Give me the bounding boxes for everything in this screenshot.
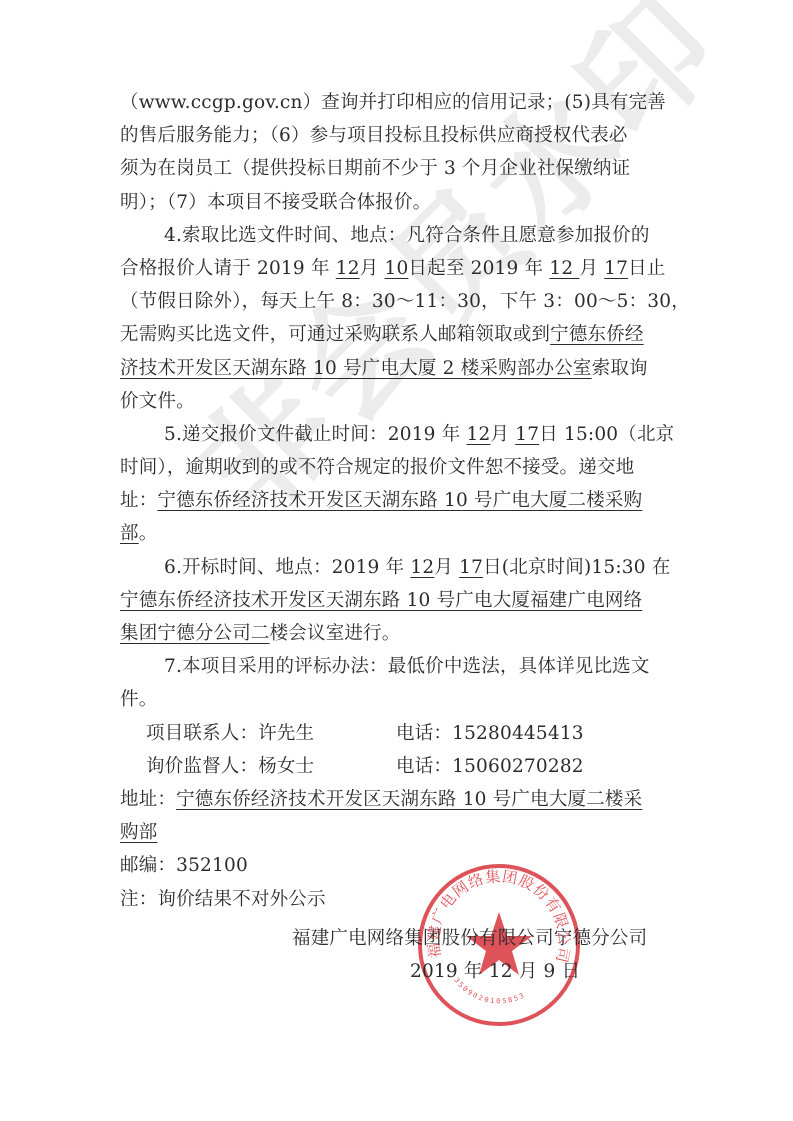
- address-label: 地址：: [120, 789, 176, 810]
- p3-line-4: 明）；（7）本项目不接受联合体报价。: [120, 186, 680, 219]
- document-body: （www.ccgp.gov.cn）查询并打印相应的信用记录；(5)具有完善 的售…: [120, 86, 680, 916]
- p7-line-1: 7.本项目采用的评标办法：最低价中选法，具体详见比选文: [120, 650, 680, 683]
- company-name: 福建广电网络集团股份有限公司宁德分公司: [292, 922, 692, 955]
- note: 注：询价结果不对外公示: [120, 883, 680, 916]
- p3-line-2: 的售后服务能力；（6）参与项目投标且投标供应商授权代表必: [120, 119, 680, 152]
- deadline-day: 17: [515, 424, 539, 445]
- p3-line-1: （www.ccgp.gov.cn）查询并打印相应的信用记录；(5)具有完善: [120, 86, 680, 119]
- pickup-address: 宁德东侨经: [550, 324, 644, 345]
- sign-date: 2019 年 12 月 9 日: [292, 955, 692, 988]
- text: 月: [490, 424, 515, 445]
- address-line-1: 地址：宁德东侨经济技术开发区天湖东路 10 号广电大厦二楼采: [120, 783, 680, 816]
- day-start: 10: [384, 258, 408, 279]
- text: 5.递交报价文件截止时间：2019 年: [164, 424, 467, 445]
- p7-line-2: 件。: [120, 683, 680, 716]
- contact-row-project: 项目联系人：许先生 电话：15280445413: [120, 717, 680, 750]
- text: 日起至 2019 年: [408, 258, 549, 279]
- text: 合格报价人请于 2019 年: [120, 258, 336, 279]
- p5-line-1: 5.递交报价文件截止时间：2019 年 12月 17日 15:00（北京: [120, 418, 680, 451]
- p4-line-4: 无需购买比选文件，可通过采购联系人邮箱领取或到宁德东侨经: [120, 318, 680, 351]
- text: 。: [139, 523, 158, 544]
- address-value: 宁德东侨经济技术开发区天湖东路 10 号广电大厦二楼采: [176, 789, 642, 810]
- text: 无需购买比选文件，可通过采购联系人邮箱领取或到: [120, 324, 550, 345]
- p6-line-2: 宁德东侨经济技术开发区天湖东路 10 号广电大厦福建广电网络: [120, 584, 680, 617]
- text: 索取询: [592, 358, 648, 379]
- signature-block: 福建广电网络集团股份有限公司宁德分公司 2019 年 12 月 9 日: [292, 922, 692, 988]
- contact-label: 询价监督人：杨女士: [120, 750, 396, 783]
- text: 月: [434, 557, 459, 578]
- p4-line-1: 4.索取比选文件时间、地点：凡符合条件且愿意参加报价的: [120, 219, 680, 252]
- contact-phone: 电话：15280445413: [396, 717, 584, 750]
- opening-day: 17: [459, 557, 483, 578]
- contact-row-supervisor: 询价监督人：杨女士 电话：15060270282: [120, 750, 680, 783]
- p4-line-2: 合格报价人请于 2019 年 12月 10日起至 2019 年 12 月 17日…: [120, 252, 680, 285]
- text: 址：: [120, 490, 157, 511]
- text: 月: [579, 258, 604, 279]
- text: 楼会议室进行。: [270, 623, 401, 644]
- pickup-address-cont: 济技术开发区天湖东路 10 号广电大厦 2 楼采购部办公室: [120, 358, 592, 379]
- text: 日 15:00（北京: [539, 424, 674, 445]
- p5-line-2: 时间），逾期收到的或不符合规定的报价文件恕不接受。递交地: [120, 451, 680, 484]
- submit-address-cont: 部: [120, 523, 139, 544]
- contact-label: 项目联系人：许先生: [120, 717, 396, 750]
- p4-line-3: （节假日除外），每天上午 8：30～11：30，下午 3：00～5：30，: [120, 285, 680, 318]
- postcode: 邮编：352100: [120, 849, 680, 882]
- address-value-cont: 购部: [120, 822, 157, 843]
- month-end: 12: [549, 258, 579, 279]
- opening-month: 12: [410, 557, 434, 578]
- p4-line-6: 价文件。: [120, 385, 680, 418]
- p5-line-3: 址：宁德东侨经济技术开发区天湖东路 10 号广电大厦二楼采购: [120, 484, 680, 517]
- deadline-month: 12: [467, 424, 491, 445]
- p4-line-5: 济技术开发区天湖东路 10 号广电大厦 2 楼采购部办公室索取询: [120, 352, 680, 385]
- p5-line-4: 部。: [120, 517, 680, 550]
- text: 6.开标时间、地点：2019 年: [164, 557, 410, 578]
- month-start: 12: [336, 258, 360, 279]
- opening-place-cont: 集团宁德分公司二: [120, 623, 270, 644]
- p6-line-1: 6.开标时间、地点：2019 年 12月 17日(北京时间)15:30 在: [120, 551, 680, 584]
- text: 日止: [628, 258, 665, 279]
- address-line-2: 购部: [120, 816, 680, 849]
- text: 日(北京时间)15:30 在: [483, 557, 670, 578]
- text: 月: [360, 258, 385, 279]
- p3-line-3: 须为在岗员工（提供投标日期前不少于 3 个月企业社保缴纳证: [120, 152, 680, 185]
- day-end: 17: [604, 258, 628, 279]
- submit-address: 宁德东侨经济技术开发区天湖东路 10 号广电大厦二楼采购: [157, 490, 642, 511]
- contact-phone: 电话：15060270282: [396, 750, 584, 783]
- p6-line-3: 集团宁德分公司二楼会议室进行。: [120, 617, 680, 650]
